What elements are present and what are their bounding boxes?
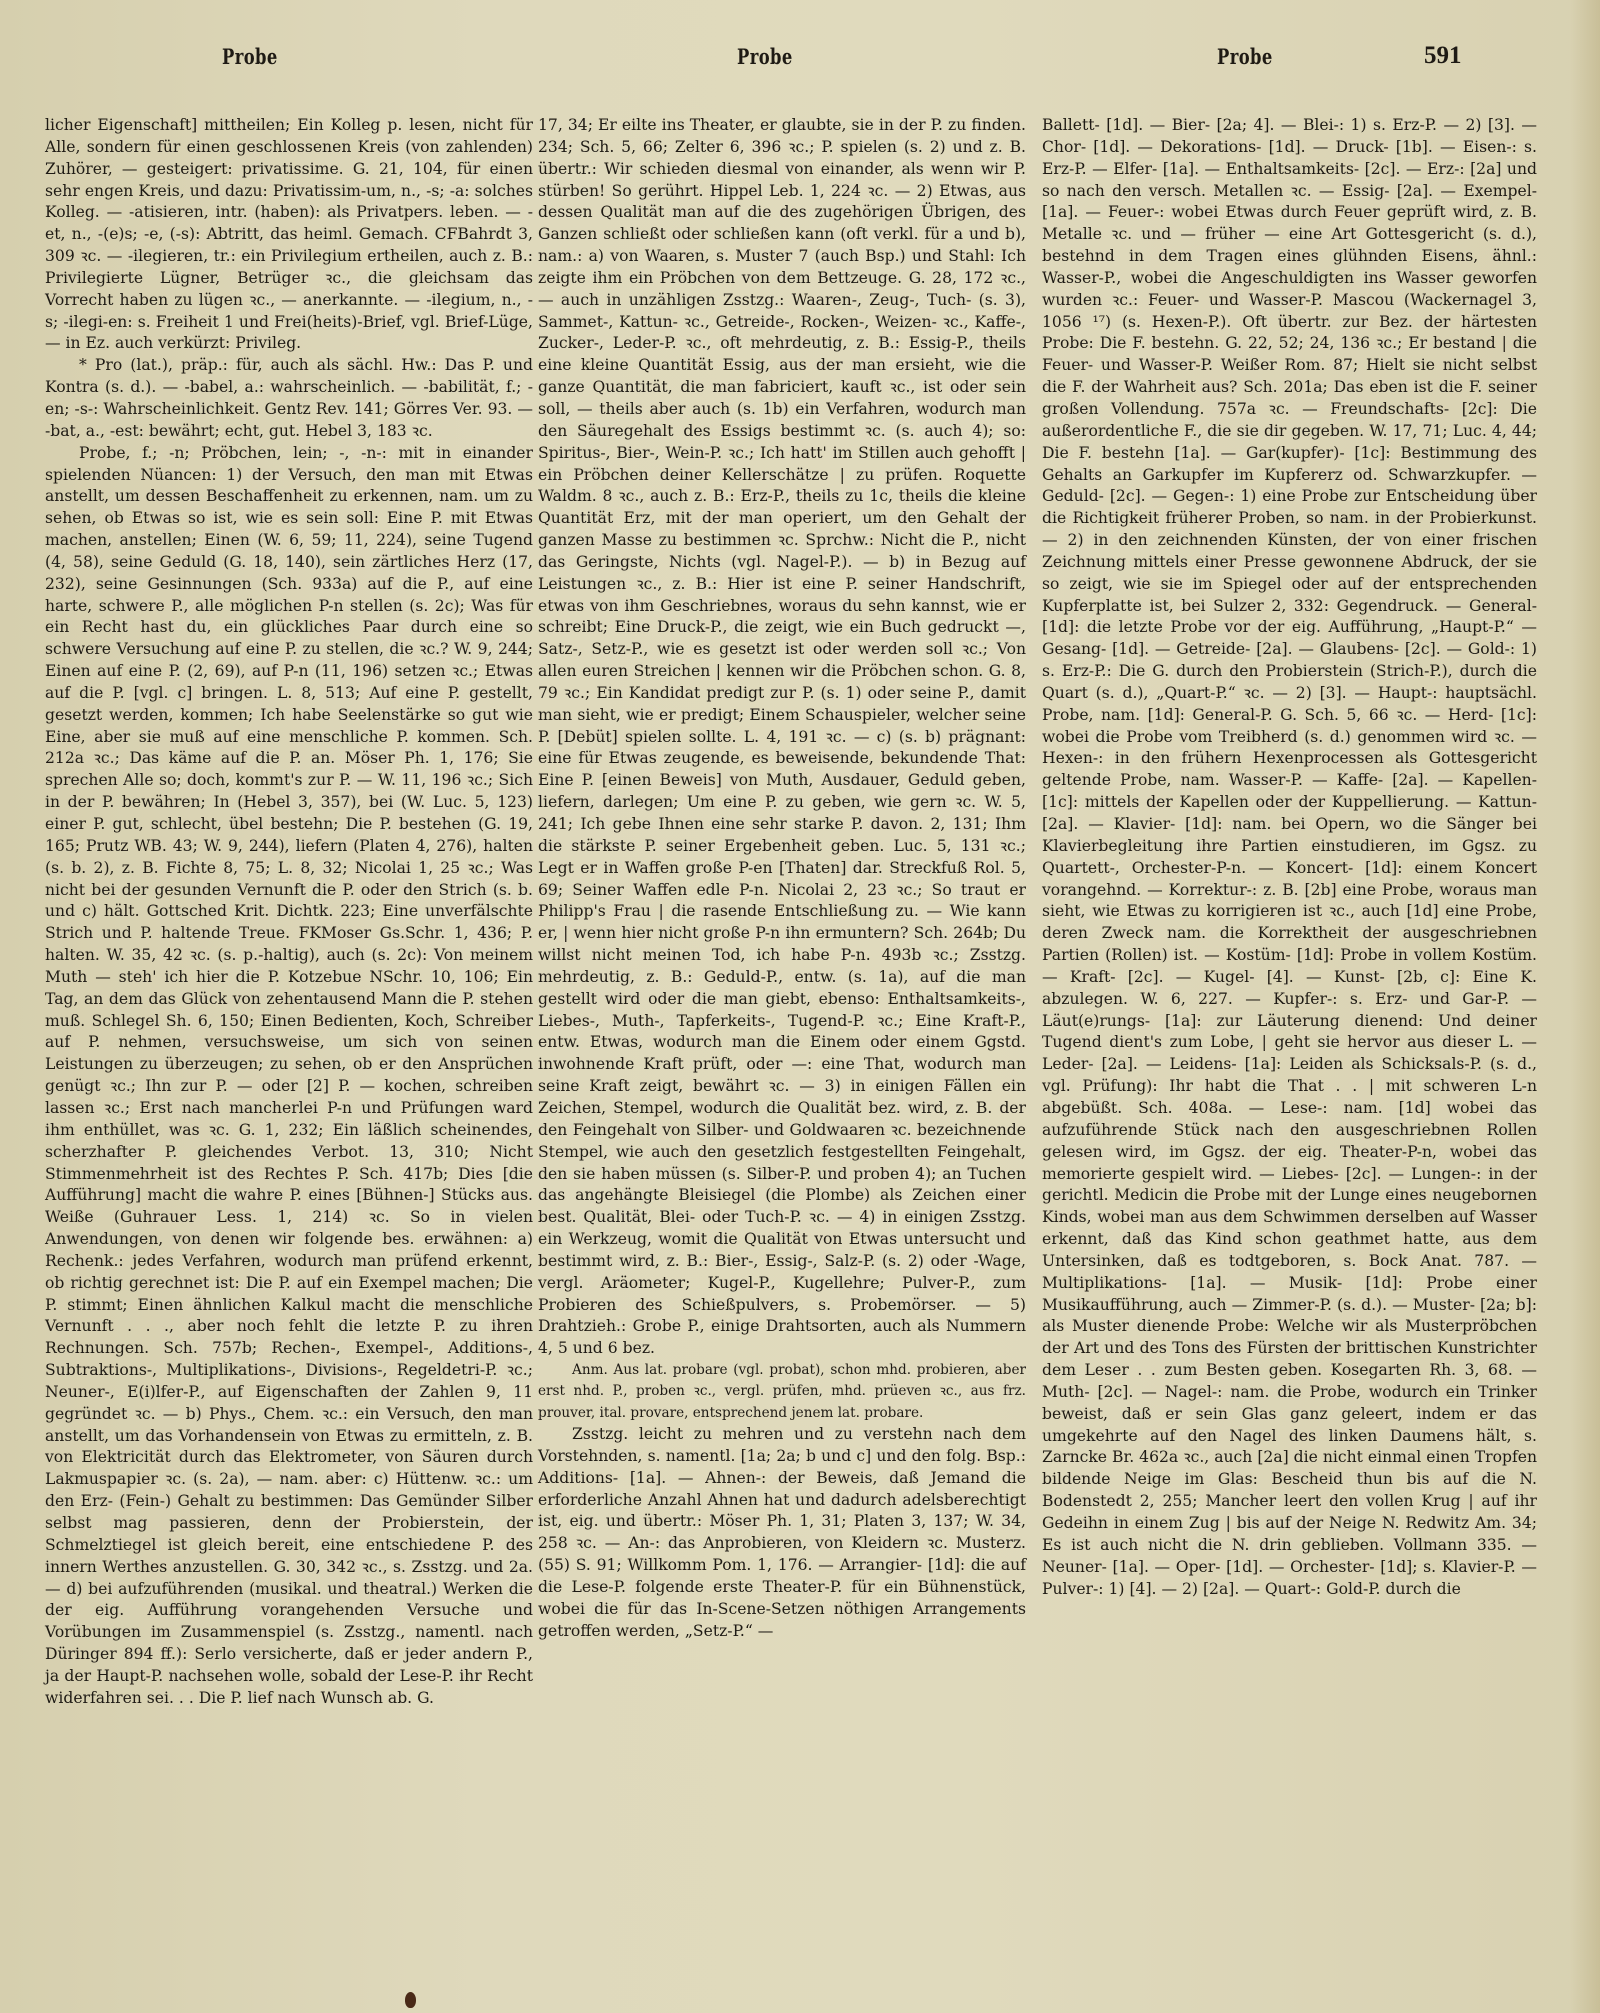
running-head-right: Probe bbox=[1217, 44, 1273, 69]
entry-probe-continuation: 17, 34; Er eilte ins Theater, er glaubte… bbox=[538, 115, 1026, 1360]
column-right: Ballett- [1d]. — Bier- [2a; 4]. — Blei-:… bbox=[1042, 115, 1537, 1600]
running-head-left: Probe bbox=[222, 44, 278, 69]
column-left: licher Eigenschaft] mittheilen; Ein Koll… bbox=[45, 115, 533, 1710]
page-edge-shadow bbox=[1570, 0, 1600, 2013]
page-number: 591 bbox=[1424, 42, 1462, 70]
compounds-section: Zsstzg. leicht zu mehren und zu verstehn… bbox=[538, 1424, 1026, 1642]
running-head-middle: Probe bbox=[737, 44, 793, 69]
column-middle: 17, 34; Er eilte ins Theater, er glaubte… bbox=[538, 115, 1026, 1642]
entry-probe: Probe, f.; -n; Pröbchen, lein; -, -n-: m… bbox=[45, 443, 533, 1710]
entry-privat-continuation: licher Eigenschaft] mittheilen; Ein Koll… bbox=[45, 115, 533, 355]
etymology-note: Anm. Aus lat. probare (vgl. probat), sch… bbox=[538, 1360, 1026, 1424]
compounds-continuation: Ballett- [1d]. — Bier- [2a; 4]. — Blei-:… bbox=[1042, 115, 1537, 1600]
dictionary-page: Probe Probe Probe 591 licher Eigenschaft… bbox=[0, 0, 1600, 2013]
entry-pro: * Pro (lat.), präp.: für, auch als sächl… bbox=[45, 355, 533, 442]
ink-stain bbox=[405, 1992, 416, 2008]
running-head: Probe Probe Probe 591 bbox=[0, 44, 1600, 84]
